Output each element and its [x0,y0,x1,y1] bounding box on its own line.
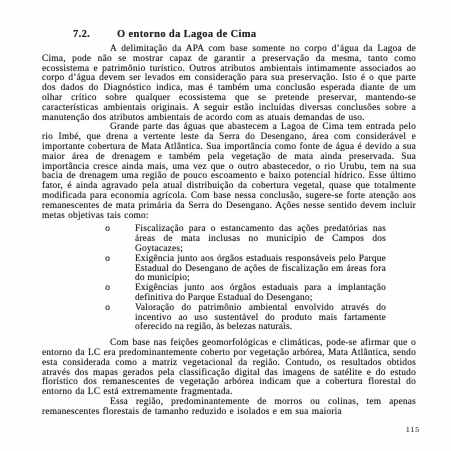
list-item-text: Exigências junto aos órgãos estaduais pa… [135,284,386,304]
bullet-marker-icon: o [105,225,135,235]
paragraph: Essa região, predominantemente de morros… [42,398,416,418]
list-item: o Exigência junto aos órgãos estaduais r… [105,255,386,284]
section-number: 7.2. [73,29,117,40]
bullet-marker-icon: o [105,304,135,314]
page-number: 115 [406,425,420,434]
list-item-text: Exigência junto aos órgãos estaduais res… [135,255,386,284]
paragraph: Com base nas feições geomorfológicas e c… [42,339,416,398]
list-item: o Fiscalização para o estancamento das a… [105,225,386,254]
section-title: O entorno da Lagoa de Cima [117,29,256,40]
list-item: o Exigências junto aos órgãos estaduais … [105,284,386,304]
document-page: 7.2.O entorno da Lagoa de Cima A delimit… [0,0,451,451]
text-block: 7.2.O entorno da Lagoa de Cima A delimit… [42,29,416,417]
bullet-marker-icon: o [105,284,135,294]
paragraph: A delimitação da APA com base somente no… [42,45,416,123]
bullet-list: o Fiscalização para o estancamento das a… [105,225,386,333]
closing-paragraphs: Com base nas feições geomorfológicas e c… [42,339,416,417]
bullet-marker-icon: o [105,255,135,265]
section-heading: 7.2.O entorno da Lagoa de Cima [73,29,416,40]
list-item: o Valoração do patrimônio ambiental envo… [105,304,386,333]
list-item-text: Valoração do patrimônio ambiental envolv… [135,304,386,333]
list-item-text: Fiscalização para o estancamento das açõ… [135,225,386,254]
paragraph: Grande parte das águas que abastecem a L… [42,123,416,221]
